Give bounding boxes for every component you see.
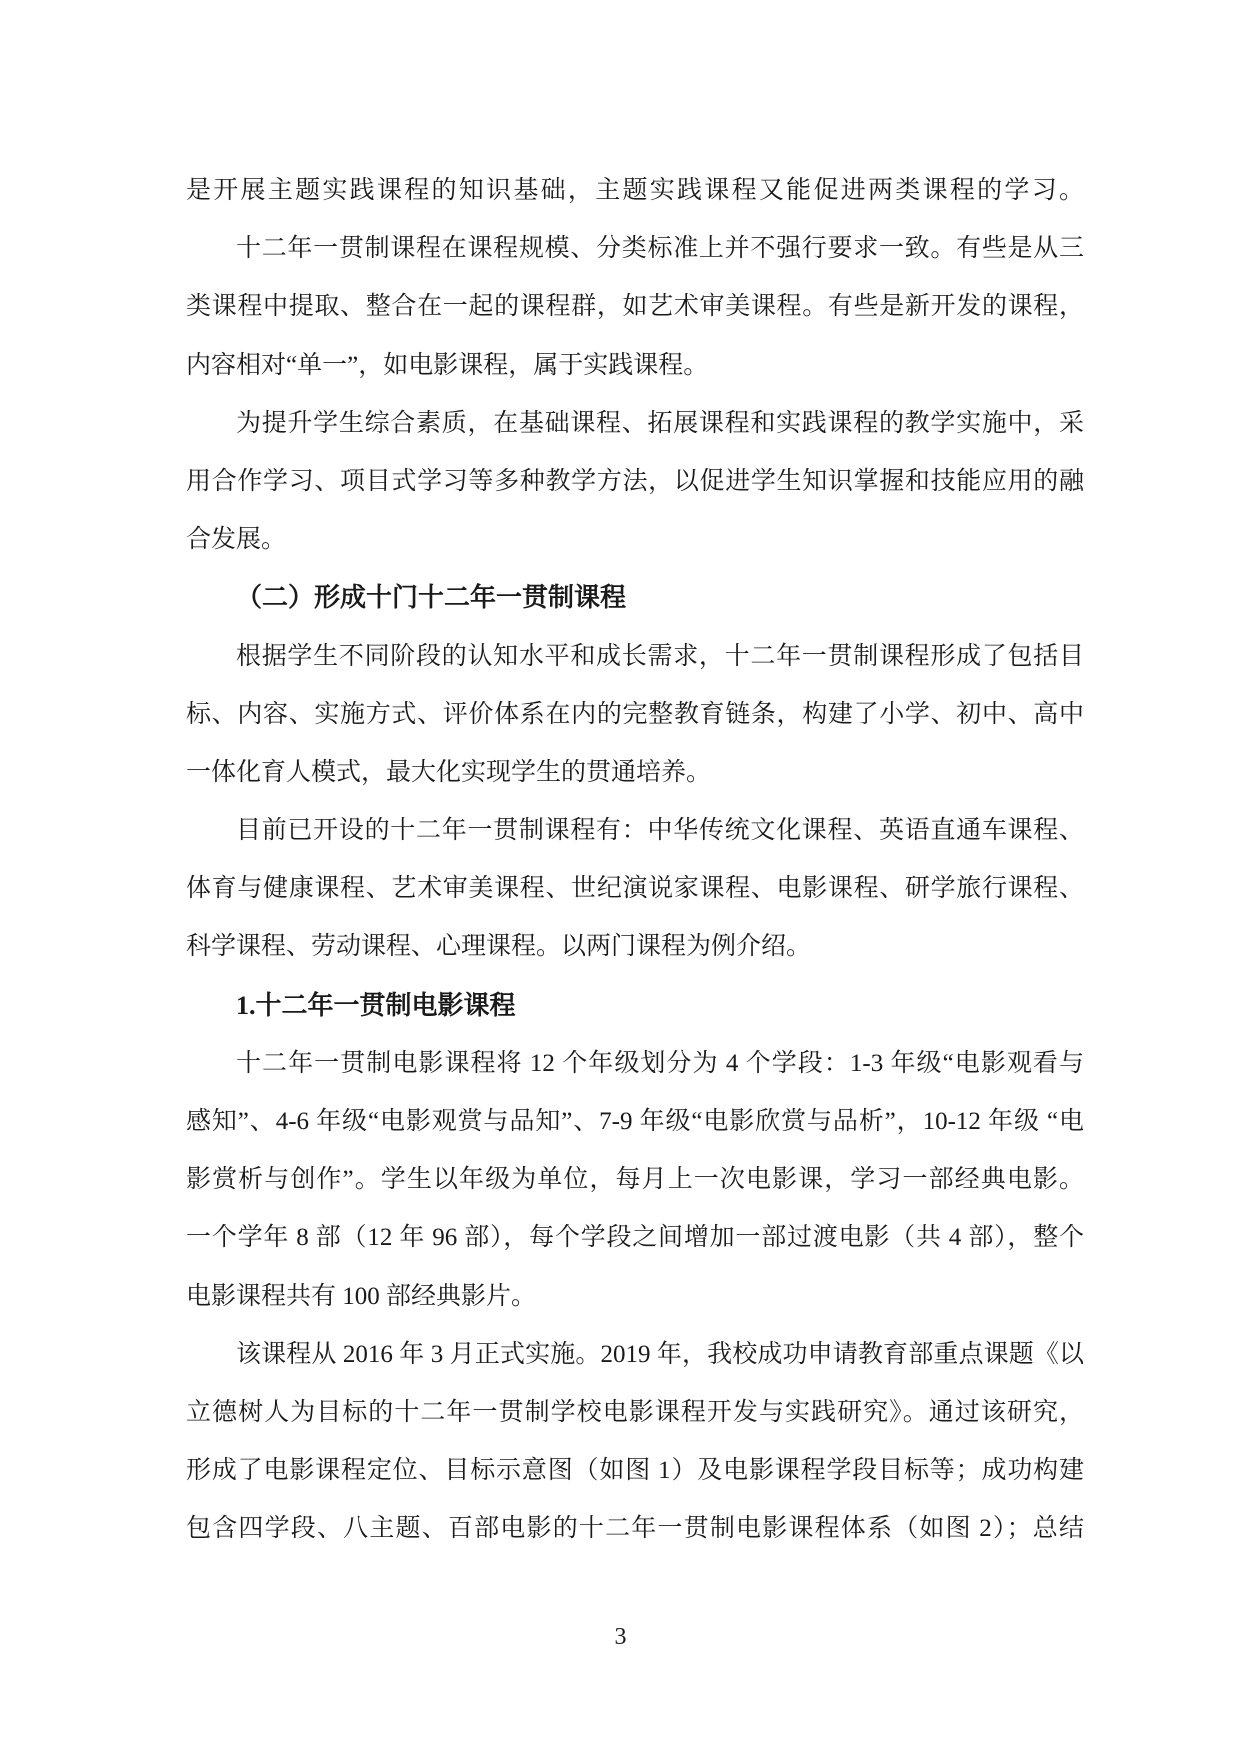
subsection-heading: 1.十二年一贯制电影课程 bbox=[186, 977, 1084, 1035]
body-line: 形成了电影课程定位、目标示意图（如图 1）及电影课程学段目标等；成功构建 bbox=[186, 1442, 1084, 1500]
body-line: 目前已开设的十二年一贯制课程有：中华传统文化课程、英语直通车课程、 bbox=[186, 802, 1084, 860]
body-line: 合发展。 bbox=[186, 511, 1084, 569]
body-line: 感知”、4-6 年级“电影观赏与品知”、7-9 年级“电影欣赏与品析”，10-1… bbox=[186, 1093, 1084, 1151]
body-line: 根据学生不同阶段的认知水平和成长需求，十二年一贯制课程形成了包括目 bbox=[186, 628, 1084, 686]
body-line: 该课程从 2016 年 3 月正式实施。2019 年，我校成功申请教育部重点课题… bbox=[186, 1326, 1084, 1384]
body-line: 影赏析与创作”。学生以年级为单位，每月上一次电影课，学习一部经典电影。 bbox=[186, 1151, 1084, 1209]
body-line: 类课程中提取、整合在一起的课程群，如艺术审美课程。有些是新开发的课程， bbox=[186, 278, 1084, 336]
body-line: 体育与健康课程、艺术审美课程、世纪演说家课程、电影课程、研学旅行课程、 bbox=[186, 860, 1084, 918]
body-line: 科学课程、劳动课程、心理课程。以两门课程为例介绍。 bbox=[186, 918, 1084, 976]
body-line: 电影课程共有 100 部经典影片。 bbox=[186, 1268, 1084, 1326]
body-line: 为提升学生综合素质，在基础课程、拓展课程和实践课程的教学实施中，采 bbox=[186, 395, 1084, 453]
section-heading: （二）形成十门十二年一贯制课程 bbox=[186, 569, 1084, 627]
body-line: 一个学年 8 部（12 年 96 部），每个学段之间增加一部过渡电影（共 4 部… bbox=[186, 1209, 1084, 1267]
body-line: 标、内容、实施方式、评价体系在内的完整教育链条，构建了小学、初中、高中 bbox=[186, 686, 1084, 744]
body-line: 十二年一贯制课程在课程规模、分类标准上并不强行要求一致。有些是从三 bbox=[186, 220, 1084, 278]
page-number: 3 bbox=[0, 1622, 1241, 1652]
body-line: 立德树人为目标的十二年一贯制学校电影课程开发与实践研究》。通过该研究， bbox=[186, 1384, 1084, 1442]
body-line: 十二年一贯制电影课程将 12 个年级划分为 4 个学段：1-3 年级“电影观看与 bbox=[186, 1035, 1084, 1093]
body-line: 用合作学习、项目式学习等多种教学方法，以促进学生知识掌握和技能应用的融 bbox=[186, 453, 1084, 511]
body-line: 是开展主题实践课程的知识基础，主题实践课程又能促进两类课程的学习。 bbox=[186, 162, 1084, 220]
body-line: 内容相对“单一”，如电影课程，属于实践课程。 bbox=[186, 337, 1084, 395]
body-line: 包含四学段、八主题、百部电影的十二年一贯制电影课程体系（如图 2）；总结 bbox=[186, 1500, 1084, 1558]
document-page: 是开展主题实践课程的知识基础，主题实践课程又能促进两类课程的学习。 十二年一贯制… bbox=[0, 0, 1241, 1754]
body-line: 一体化育人模式，最大化实现学生的贯通培养。 bbox=[186, 744, 1084, 802]
document-body: 是开展主题实践课程的知识基础，主题实践课程又能促进两类课程的学习。 十二年一贯制… bbox=[186, 162, 1084, 1559]
